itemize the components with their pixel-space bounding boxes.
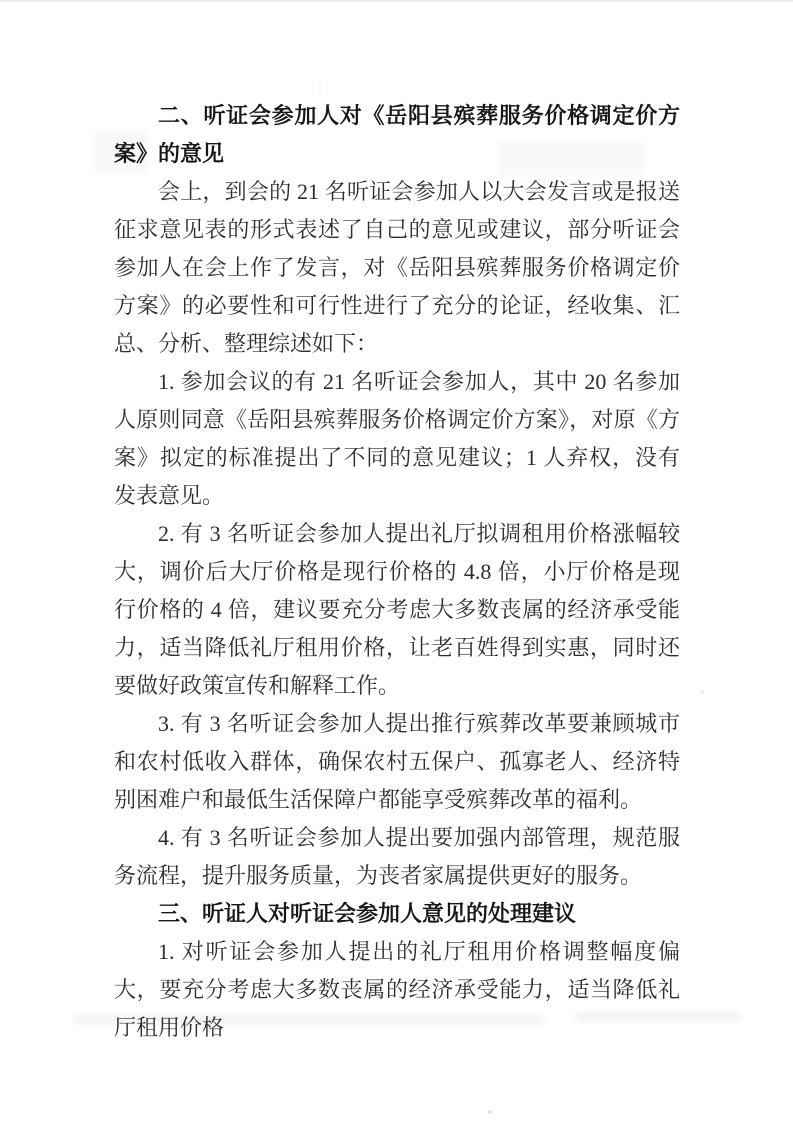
paragraph-opinion-4: 4. 有 3 名听证会参加人提出要加强内部管理，规范服务流程，提升服务质量，为丧… (114, 819, 680, 895)
section-heading-3: 三、听证人对听证会参加人意见的处理建议 (114, 895, 680, 933)
scan-speck (488, 1110, 492, 1114)
scan-edge-shadow (0, 0, 793, 2)
section-heading-2: 二、听证会参加人对《岳阳县殡葬服务价格调定价方案》的意见 (114, 97, 680, 173)
scan-speck (318, 86, 322, 90)
paragraph-opinion-1: 1. 参加会议的有 21 名听证会参加人，其中 20 名参加人原则同意《岳阳县殡… (114, 363, 680, 515)
scan-speck (700, 690, 704, 694)
paragraph-intro: 会上，到会的 21 名听证会参加人以大会发言或是报送征求意见表的形式表述了自己的… (114, 173, 680, 363)
paragraph-opinion-3: 3. 有 3 名听证会参加人提出推行殡葬改革要兼顾城市和农村低收入群体，确保农村… (114, 705, 680, 819)
scanned-document-page: 二、听证会参加人对《岳阳县殡葬服务价格调定价方案》的意见 会上，到会的 21 名… (0, 0, 793, 1121)
paragraph-opinion-2: 2. 有 3 名听证会参加人提出礼厅拟调租用价格涨幅较大，调价后大厅价格是现行价… (114, 515, 680, 705)
paragraph-suggestion-1: 1. 对听证会参加人提出的礼厅租用价格调整幅度偏大，要充分考虑大多数丧属的经济承… (114, 933, 680, 1047)
document-body: 二、听证会参加人对《岳阳县殡葬服务价格调定价方案》的意见 会上，到会的 21 名… (114, 97, 680, 1047)
